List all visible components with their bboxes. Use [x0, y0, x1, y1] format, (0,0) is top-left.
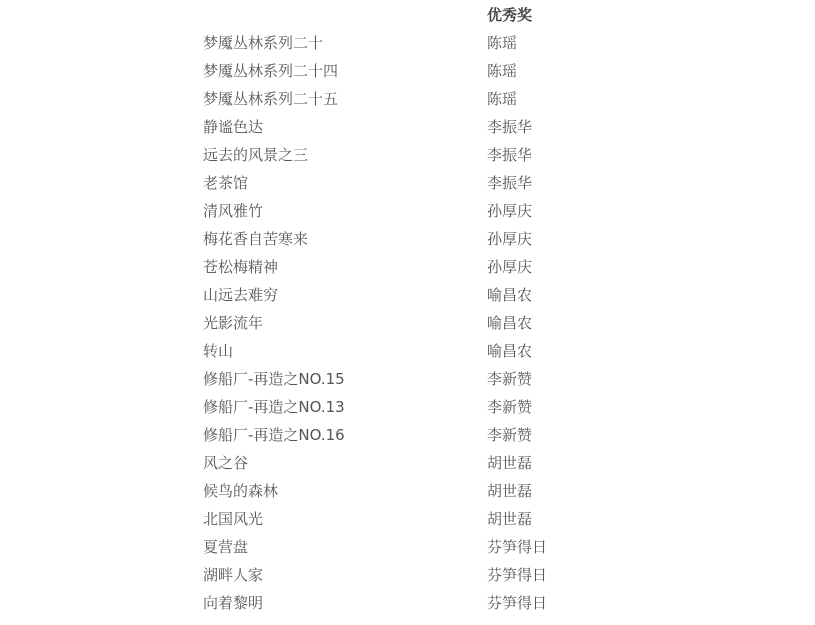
table-row: 向着黎明 芬笋得日: [199, 589, 611, 617]
table-row: 梅花香自苦寒来 孙厚庆: [199, 225, 611, 253]
artist-name: 孙厚庆: [483, 225, 611, 253]
artwork-title: 向着黎明: [199, 589, 483, 617]
table-row: 修船厂-再造之NO.13 李新赞: [199, 393, 611, 421]
artwork-title: 苍松梅精神: [199, 253, 483, 281]
artist-name: 李新赞: [483, 393, 611, 421]
table-row: 静谧色达 李振华: [199, 113, 611, 141]
table-row-clipped: [199, 617, 611, 625]
table-row: 转山 喻昌农: [199, 337, 611, 365]
artwork-title: 转山: [199, 337, 483, 365]
artwork-title: 湖畔人家: [199, 561, 483, 589]
artist-name: 陈瑶: [483, 29, 611, 57]
artist-name: 胡世磊: [483, 477, 611, 505]
table-row: 苍松梅精神 孙厚庆: [199, 253, 611, 281]
artist-name: 芬笋得日: [483, 533, 611, 561]
artist-name: 孙厚庆: [483, 197, 611, 225]
artist-name: 芬笋得日: [483, 561, 611, 589]
artwork-title: 北国风光: [199, 505, 483, 533]
table-row: 梦魇丛林系列二十五 陈瑶: [199, 85, 611, 113]
table-row: 修船厂-再造之NO.15 李新赞: [199, 365, 611, 393]
artist-name: 李新赞: [483, 421, 611, 449]
artwork-title: 夏营盘: [199, 533, 483, 561]
award-table: 优秀奖 梦魇丛林系列二十 陈瑶 梦魇丛林系列二十四 陈瑶 梦魇丛林系列二十五 陈…: [199, 1, 611, 625]
artist-name: 胡世磊: [483, 505, 611, 533]
artist-name: 李振华: [483, 113, 611, 141]
artist-name: 李振华: [483, 141, 611, 169]
table-row: 老茶馆 李振华: [199, 169, 611, 197]
header-row: 优秀奖: [199, 1, 611, 29]
table-row: 北国风光 胡世磊: [199, 505, 611, 533]
artwork-title: 风之谷: [199, 449, 483, 477]
artwork-title: 光影流年: [199, 309, 483, 337]
table-row: 风之谷 胡世磊: [199, 449, 611, 477]
artist-name: 喻昌农: [483, 309, 611, 337]
artwork-title: 远去的风景之三: [199, 141, 483, 169]
artwork-title: 梦魇丛林系列二十四: [199, 57, 483, 85]
artist-name: 李振华: [483, 169, 611, 197]
table-row: 修船厂-再造之NO.16 李新赞: [199, 421, 611, 449]
artist-name: 胡世磊: [483, 449, 611, 477]
artwork-title: 山远去难穷: [199, 281, 483, 309]
table-row: 光影流年 喻昌农: [199, 309, 611, 337]
table-row: 远去的风景之三 李振华: [199, 141, 611, 169]
table-row: 梦魇丛林系列二十 陈瑶: [199, 29, 611, 57]
artwork-title-clipped: [199, 617, 483, 625]
artist-name: 芬笋得日: [483, 589, 611, 617]
table-row: 山远去难穷 喻昌农: [199, 281, 611, 309]
artist-name: 喻昌农: [483, 281, 611, 309]
artwork-title: 候鸟的森林: [199, 477, 483, 505]
header-title: [199, 1, 483, 29]
artist-name: 喻昌农: [483, 337, 611, 365]
artwork-title: 梅花香自苦寒来: [199, 225, 483, 253]
artist-name: 陈瑶: [483, 57, 611, 85]
artwork-title: 修船厂-再造之NO.13: [199, 393, 483, 421]
artist-name: 李新赞: [483, 365, 611, 393]
table-row: 湖畔人家 芬笋得日: [199, 561, 611, 589]
artwork-title: 静谧色达: [199, 113, 483, 141]
artwork-title: 修船厂-再造之NO.15: [199, 365, 483, 393]
artwork-title: 老茶馆: [199, 169, 483, 197]
header-award-category: 优秀奖: [483, 1, 611, 29]
artwork-title: 梦魇丛林系列二十: [199, 29, 483, 57]
table-row: 清风雅竹 孙厚庆: [199, 197, 611, 225]
table-row: 候鸟的森林 胡世磊: [199, 477, 611, 505]
artwork-title: 修船厂-再造之NO.16: [199, 421, 483, 449]
artist-name: 孙厚庆: [483, 253, 611, 281]
table-row: 夏营盘 芬笋得日: [199, 533, 611, 561]
table-row: 梦魇丛林系列二十四 陈瑶: [199, 57, 611, 85]
artist-name-clipped: [483, 617, 611, 625]
artwork-title: 清风雅竹: [199, 197, 483, 225]
artist-name: 陈瑶: [483, 85, 611, 113]
artwork-title: 梦魇丛林系列二十五: [199, 85, 483, 113]
